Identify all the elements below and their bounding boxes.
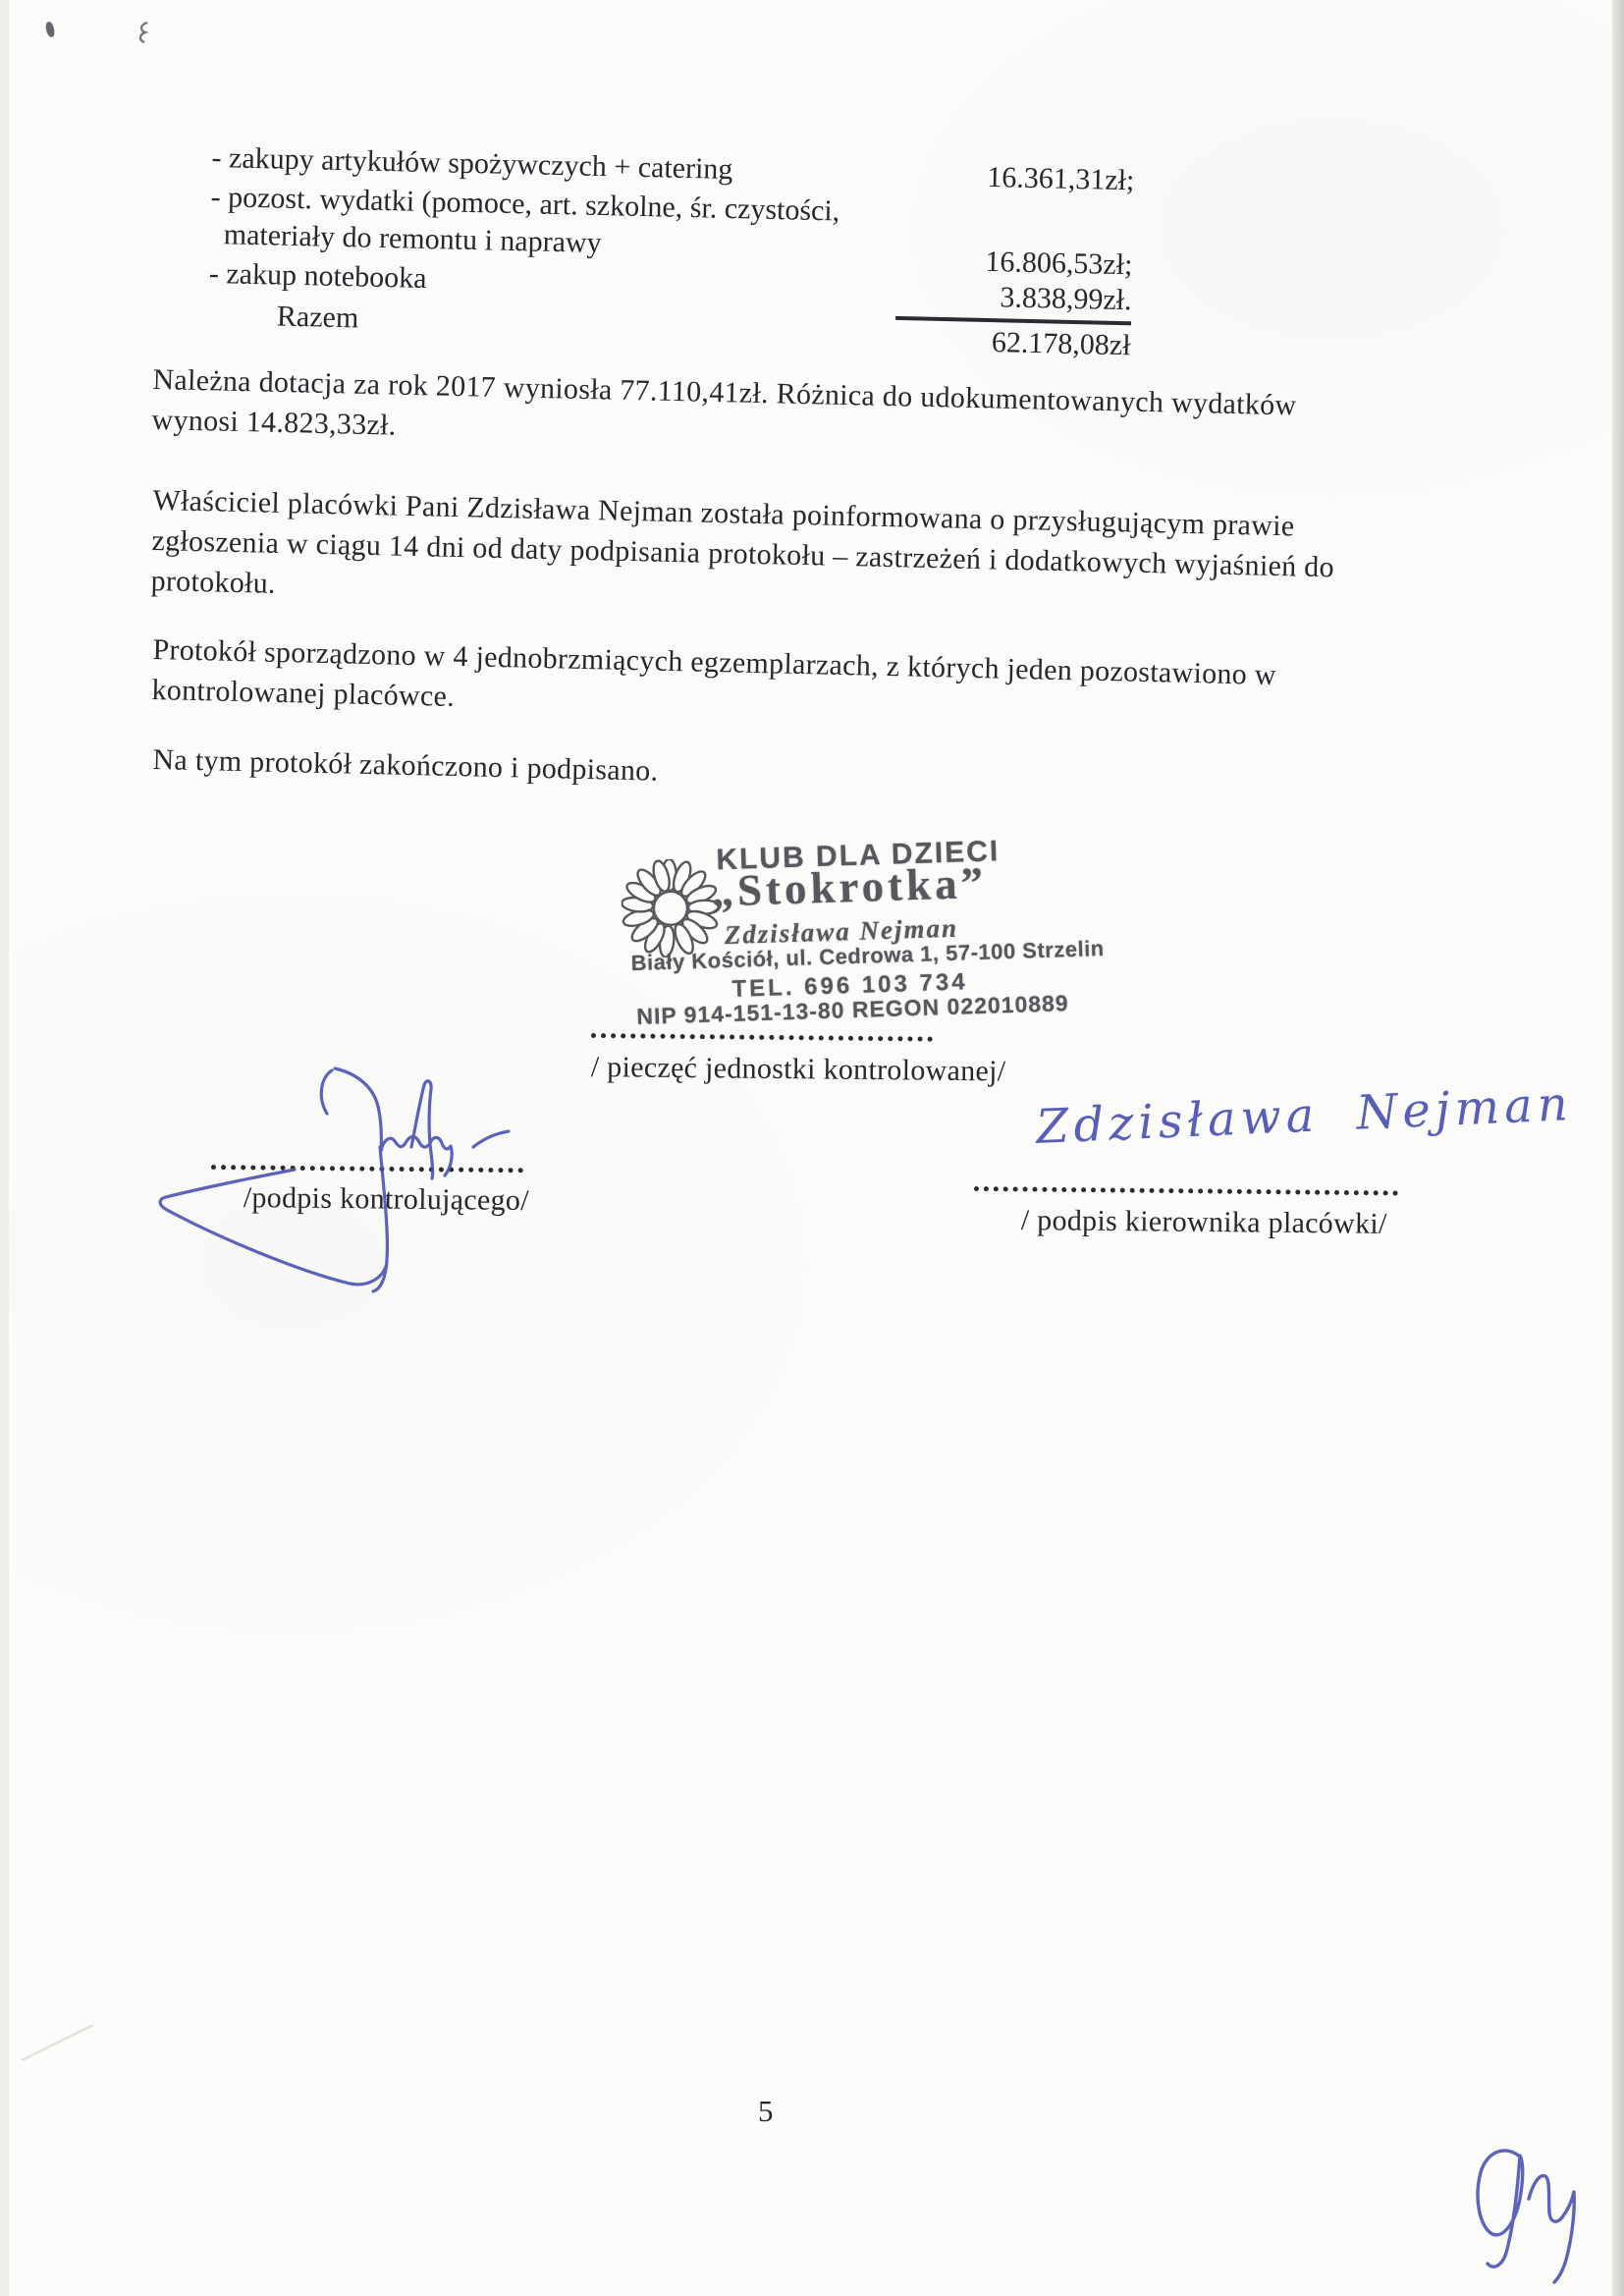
expense-item-value: 16.806,53zł; — [896, 244, 1133, 282]
inspector-signature-line — [211, 1165, 523, 1173]
expense-item-label: - zakupy artykułów spożywczych + caterin… — [211, 141, 733, 187]
initials-paraph — [1478, 2151, 1574, 2282]
stamp-brand-name: „Stokrotka” — [711, 857, 988, 917]
stamp-nip-regon: NIP 914-151-13-80 REGON 022010889 — [636, 990, 1069, 1030]
ink-speck-mark — [140, 23, 147, 42]
paragraph-closing: Na tym protokół zakończono i podpisano. — [152, 739, 1449, 809]
scan-edge-right — [1612, 0, 1624, 2296]
expense-total-value: 62.178,08zł — [894, 324, 1131, 362]
expense-list: - zakupy artykułów spożywczych + caterin… — [207, 141, 1135, 378]
paragraph-dotation: Należna dotacja za rok 2017 wyniosła 77.… — [151, 359, 1449, 469]
paragraph-owner-info: Właściciel placówki Pani Zdzisława Nejma… — [150, 480, 1527, 632]
paragraph-copies: Protokół sporządzono w 4 jednobrzmiących… — [151, 629, 1449, 739]
expense-total-label: Razem — [277, 301, 359, 336]
rubber-stamp: KLUB DLA DZIECI „Stokrotka” Zdzisława Ne… — [584, 830, 1061, 1051]
page-number: 5 — [758, 2094, 774, 2129]
inspector-signature-caption: /podpis kontrolującego/ — [244, 1181, 529, 1218]
scanned-document-page: - zakupy artykułów spożywczych + caterin… — [0, 0, 1624, 2296]
scan-crease — [22, 2025, 93, 2060]
scan-edge-left — [0, 0, 9, 2296]
expense-item-value-underlined: 3.838,99zł. — [895, 279, 1132, 325]
ink-speck — [44, 21, 57, 38]
stamp-caption: / pieczęć jednostki kontrolowanej/ — [591, 1051, 1006, 1088]
daisy-logo-icon — [620, 857, 721, 958]
expense-item-label: - zakup notebooka — [209, 257, 427, 296]
expense-item-value: 16.361,31zł; — [898, 159, 1135, 197]
manager-signature-line — [974, 1186, 1398, 1196]
inspector-signature-scribble — [160, 1068, 509, 1291]
manager-signature-handwriting: Zdzisława Nejman — [1035, 1076, 1574, 1155]
expense-item-label-cont: materiały do remontu i naprawy — [223, 218, 602, 260]
manager-signature-caption: / podpis kierownika placówki/ — [1021, 1204, 1387, 1241]
